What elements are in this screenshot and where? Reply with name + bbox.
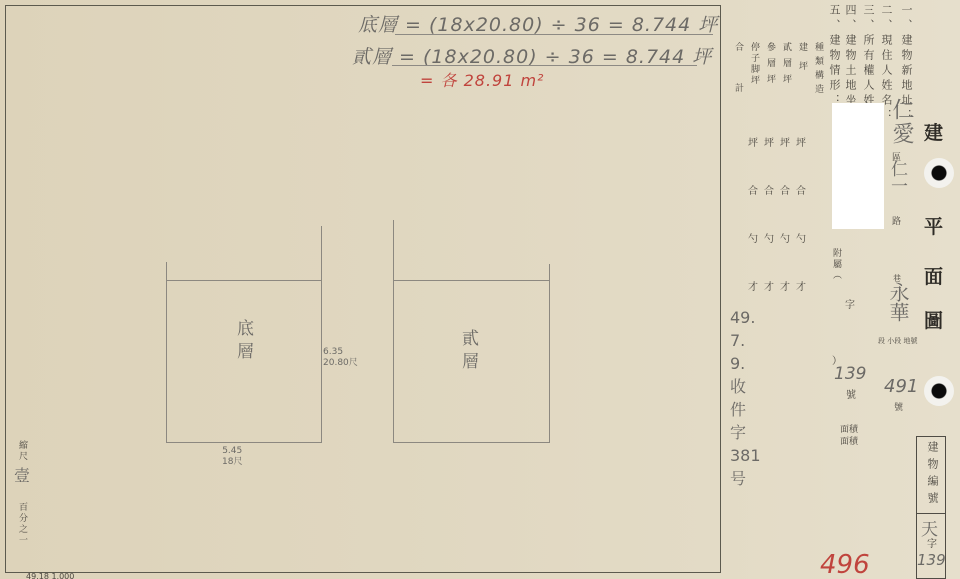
field-5-building-status: 五、建物情形： (826, 4, 842, 109)
scale-label-top: 縮尺 (16, 440, 29, 462)
row-second-floor: 貳層坪 (780, 42, 793, 90)
building-number-zi: 字 (927, 535, 937, 550)
building-number-hw: 139 (917, 551, 946, 569)
dim-side-2: 20.80尺 (323, 358, 358, 369)
row-building-area: 建坪 (796, 42, 809, 80)
attached-number-hw: 139 (834, 364, 866, 384)
dim-side: 6.35 20.80尺 (323, 347, 358, 369)
scale-handwritten: 壹 (14, 463, 30, 486)
building-number-box: 建物編號 天 字 139 (916, 436, 946, 579)
receipt-note-handwritten: 49. 7. 9. 收 件 字 381 号 (730, 306, 764, 490)
land-section-hw: 永華 (884, 282, 913, 322)
land-number-suffix: 號 (894, 400, 903, 413)
address-handwritten: 仁愛 (886, 98, 917, 146)
dim-side-1: 6.35 (323, 347, 358, 358)
unit-ping-row: 坪坪坪坪 (748, 134, 812, 149)
room1-right-ext (321, 226, 322, 282)
building-number-divider (917, 513, 945, 514)
unit-cai-row: 才才才才 (748, 278, 812, 293)
room1-left-ext (166, 262, 167, 282)
row-total: 合計 (732, 42, 745, 124)
row-arcade: 停子脚坪 (748, 42, 761, 86)
room2-left-ext (393, 220, 394, 282)
calc-line-red-area: = 各 28.91 m² (420, 68, 544, 91)
address-road-label: 路 (892, 214, 901, 227)
calc-underline-1 (395, 34, 713, 35)
floor-plan-second-floor: 貳層 (393, 280, 550, 443)
binder-hole-top (924, 158, 954, 188)
address-road-hw: 仁一 (885, 160, 910, 194)
scale-label-bottom: 百分之一 (16, 502, 29, 546)
attached-number-suffix: 號 (846, 386, 856, 401)
area-label-2: 面積 (840, 434, 858, 447)
unit-shao-row: 勺勺勺勺 (748, 230, 812, 245)
room-label-second: 貳層 (456, 329, 481, 375)
drawing-frame (5, 5, 721, 573)
attached-label: 附屬（ (830, 248, 843, 281)
title-char-5: 圖 (924, 306, 943, 333)
calc-line-ground-floor: 底層 = (18x20.80) ÷ 36 = 8.744 坪 (358, 10, 718, 37)
unit-he-row: 合合合合 (748, 182, 812, 197)
red-page-number: 496 (820, 550, 870, 579)
title-char-4: 面 (924, 262, 943, 289)
redacted-owner-name (832, 103, 884, 229)
attached-zi: 字 (845, 296, 855, 311)
dim-bottom-2: 18尺 (222, 457, 242, 468)
title-char-1: 建 (924, 118, 943, 145)
room-label-ground: 底層 (231, 319, 256, 365)
calc-underline-2 (392, 65, 697, 66)
title-char-3: 平 (924, 212, 943, 239)
land-section-labels: 段 小段 地號 (878, 336, 917, 346)
structure-type-label: 種類構造 (812, 42, 825, 98)
land-number-hw: 491 (884, 376, 918, 397)
footer-print-code: 49.18 1,000 (26, 572, 74, 579)
dim-bottom-1: 5.45 (222, 446, 242, 457)
floor-plan-ground-floor: 底層 (166, 280, 322, 443)
row-third-floor: 參層坪 (764, 42, 777, 90)
building-number-label: 建物編號 (924, 441, 940, 509)
binder-hole-bottom (924, 376, 954, 406)
dim-bottom: 5.45 18尺 (222, 446, 242, 468)
